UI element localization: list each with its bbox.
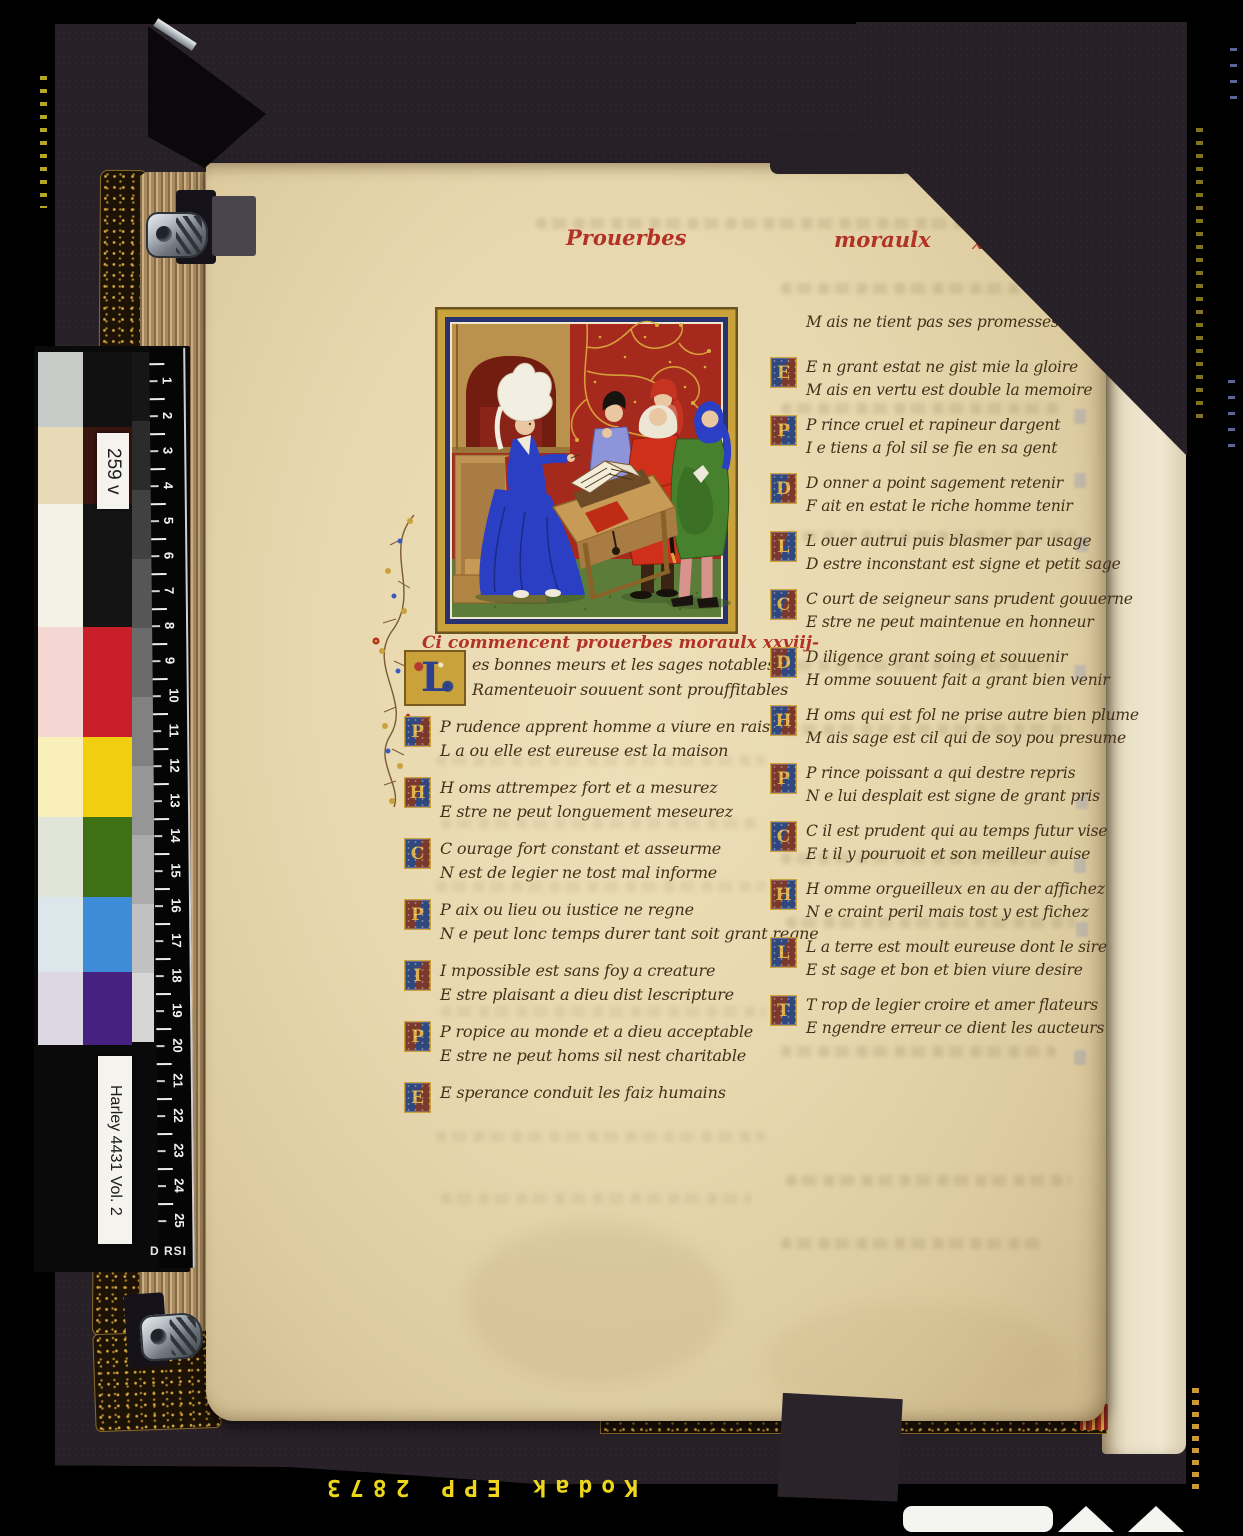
ruler-tick: 22: [157, 1099, 191, 1134]
verse-couplet: C C ourt de seigneur sans prudent gouuer…: [770, 588, 1106, 634]
verse-line: L ouer autrui puis blasmer par usage: [806, 530, 1106, 553]
verse-line: P rudence apprent homme a viure en raiso…: [440, 715, 799, 739]
ruler-number: 6: [161, 552, 176, 559]
champ-initial: H: [770, 879, 797, 910]
verse-line: H omme orgueilleux en au der affichez: [806, 878, 1106, 901]
metal-clip-bottom: [110, 1288, 227, 1370]
verse-line: P aix ou lieu ou iustice ne regne: [440, 898, 799, 922]
ruler-tick: 16: [155, 889, 189, 924]
ruler-number: 13: [168, 793, 183, 808]
ruler-tick: 8: [152, 609, 186, 644]
ruler-tick: 4: [150, 469, 184, 504]
ruler-tick: 15: [154, 854, 188, 889]
ruler-number: 16: [169, 898, 184, 913]
ruler-number: 4: [161, 482, 176, 489]
ruler-tick: 6: [151, 539, 185, 574]
ruler-tick: 10: [153, 679, 187, 714]
champ-initial: H: [770, 705, 797, 736]
color-patch-saturated: [83, 504, 132, 627]
color-patch-saturated: [83, 897, 132, 972]
color-patch-row: [38, 352, 132, 427]
color-patch-saturated: [83, 817, 132, 897]
grayscale-step: [132, 835, 154, 904]
color-patch-light: [38, 427, 83, 504]
verse-line: E t il y pouruoit et son meilleur auise: [806, 843, 1106, 866]
verse-line: P rince cruel et rapineur dargent: [806, 414, 1106, 437]
champ-initial: L: [770, 937, 797, 968]
felt-strap-bottom: [777, 1393, 902, 1507]
verse-line: M ais sage est cil qui de soy pou presum…: [806, 727, 1106, 750]
ruler-tick: 7: [152, 574, 186, 609]
verse-line: E ngendre erreur ce dient les aucteurs: [806, 1017, 1106, 1040]
champ-initial: H: [404, 777, 431, 808]
color-patch-light: [38, 627, 83, 737]
ruler-number: 2: [160, 412, 175, 419]
film-notch: [903, 1506, 1053, 1532]
color-patch-light: [38, 972, 83, 1045]
verse-line: T rop de legier croire et amer flateurs: [806, 994, 1106, 1017]
verse-couplet: H H oms qui est fol ne prise autre bien …: [770, 704, 1106, 750]
ruler-number: 8: [162, 622, 177, 629]
clip-metal-head: [146, 212, 208, 258]
ruler-number: 25: [172, 1213, 187, 1228]
page-header-title2: moraulx: [834, 227, 931, 252]
verse-line: C il est prudent qui au temps futur vise: [806, 820, 1106, 843]
ruler-number: 15: [168, 863, 183, 878]
photo-stage: Prouerbes moraulx xxviij-: [0, 0, 1243, 1536]
verse-couplet: T T rop de legier croire et amer flateur…: [770, 994, 1106, 1040]
ruler-number: 9: [163, 657, 178, 664]
ruler-tick: 9: [152, 644, 186, 679]
color-patch-saturated: [83, 627, 132, 737]
ruler-number: 11: [166, 724, 181, 738]
ruler-tick: 20: [156, 1029, 190, 1064]
ruler-number: 3: [160, 447, 175, 454]
clip-strap: [212, 196, 256, 256]
ruler-number: 20: [170, 1038, 185, 1053]
film-edge-markings: [1192, 1388, 1199, 1492]
verse-line: N e peut lonc temps durer tant soit gran…: [440, 922, 799, 946]
ruler-tick: 23: [157, 1134, 191, 1169]
verse-line: E st sage et bon et bien viure desire: [806, 959, 1106, 982]
ruler-number: 21: [171, 1073, 186, 1088]
color-patch-saturated: [83, 972, 132, 1045]
verse-line: E sperance conduit les faiz humains: [440, 1081, 799, 1105]
champ-initial: P: [404, 899, 431, 930]
verse-couplet: I I mpossible est sans foy a creature E …: [404, 959, 799, 1007]
manuscript-page: Prouerbes moraulx xxviij-: [206, 163, 1106, 1421]
ruler-tick: 5: [151, 504, 185, 539]
grayscale-step: [132, 766, 154, 835]
verse-line: L a ou elle est eureuse est la maison: [440, 739, 799, 763]
grayscale-step: [132, 904, 154, 973]
text-column-left: P P rudence apprent homme a viure en rai…: [404, 715, 799, 1118]
verse-line: E stre ne peut homs sil nest charitable: [440, 1044, 799, 1068]
champ-initial: C: [404, 838, 431, 869]
verse-couplet: P P rudence apprent homme a viure en rai…: [404, 715, 799, 763]
verse-line: M ais en vertu est double la memoire: [806, 379, 1106, 402]
ruler-tick: 24: [158, 1169, 192, 1204]
ruler-number: 14: [168, 828, 183, 843]
felt-drape-top: [770, 130, 910, 174]
color-patch-row: [38, 627, 132, 737]
ruler-tick: 2: [150, 399, 184, 434]
color-patch-light: [38, 897, 83, 972]
facing-page: [1102, 268, 1186, 1454]
color-patch-row: [38, 737, 132, 817]
champ-initial: E: [404, 1082, 431, 1113]
verse-line: C ourage fort constant et asseurme: [440, 837, 799, 861]
shelfmark-label: Harley 4431 Vol. 2: [98, 1056, 132, 1244]
verse-couplet: P P aix ou lieu ou iustice ne regne N e …: [404, 898, 799, 946]
champ-initial: P: [404, 716, 431, 747]
ruler-tick: 12: [153, 749, 187, 784]
color-patch-saturated: [83, 737, 132, 817]
film-brand-text: Kodak EPP 2873: [278, 1470, 678, 1504]
champ-initial: P: [770, 763, 797, 794]
grayscale-step: [132, 697, 154, 766]
rubric: Ci commencent prouerbes moraulx xxviij-: [422, 633, 822, 653]
grayscale-step: [132, 973, 154, 1042]
color-patch-light: [38, 737, 83, 817]
verse-line: D onner a point sagement retenir: [806, 472, 1106, 495]
ruler-tick: 3: [150, 434, 184, 469]
verse-couplet: L L ouer autrui puis blasmer par usage D…: [770, 530, 1106, 576]
ruler-number: 10: [166, 688, 181, 703]
color-patch-row: [38, 972, 132, 1045]
ruler-number: 5: [161, 517, 176, 524]
ruler-number: 7: [162, 587, 177, 594]
champ-initial: C: [770, 821, 797, 852]
verse-line: H oms attrempez fort et a mesurez: [440, 776, 799, 800]
champ-initial: I: [404, 960, 431, 991]
color-patch-light: [38, 352, 83, 427]
color-patch-row: [38, 897, 132, 972]
miniature-illustration: [435, 307, 738, 634]
ruler-number: 17: [169, 933, 184, 948]
ruler-tick: 11: [153, 714, 187, 749]
ruler-tick: 1: [149, 364, 183, 399]
verse-line: N est de legier ne tost mal informe: [440, 861, 799, 885]
film-edge-markings: [1228, 380, 1235, 450]
verse-line: H omme souuent fait a grant bien venir: [806, 669, 1106, 692]
verse-couplet: C C il est prudent qui au temps futur vi…: [770, 820, 1106, 866]
verse-couplet: L L a terre est moult eureuse dont le si…: [770, 936, 1106, 982]
verse-line: P ropice au monde et a dieu acceptable: [440, 1020, 799, 1044]
ruler-tick: 19: [156, 994, 190, 1029]
verse-couplet: P P rince poissant a qui destre repris N…: [770, 762, 1106, 808]
verse-couplet: H H omme orgueilleux en au der affichez …: [770, 878, 1106, 924]
grayscale-step: [132, 628, 154, 697]
verse-line: E stre plaisant a dieu dist lescripture: [440, 983, 799, 1007]
ruler-tick: 18: [156, 959, 190, 994]
verse-line: D estre inconstant est signe et petit sa…: [806, 553, 1106, 576]
ruler-number: 24: [172, 1178, 187, 1193]
verse-line: E stre ne peut longuement meseurez: [440, 800, 799, 824]
color-patch-saturated: [83, 352, 132, 427]
verse-couplet: P P rince cruel et rapineur dargent I e …: [770, 414, 1106, 460]
opening-verse: L es bonnes meurs et les sages notables …: [404, 652, 824, 702]
champ-initial: E: [770, 357, 797, 388]
folio-label: 259 v: [97, 433, 129, 509]
ruler-tick: 21: [157, 1064, 191, 1099]
ruler-number: 12: [167, 758, 182, 773]
film-edge-markings: [40, 76, 47, 208]
verse-line: I mpossible est sans foy a creature: [440, 959, 799, 983]
verse-line: E stre ne peut maintenue en honneur: [806, 611, 1106, 634]
ruler-number: 19: [170, 1003, 185, 1018]
clip-metal-head: [139, 1312, 204, 1362]
verse-line: I e tiens a fol sil se fie en sa gent: [806, 437, 1106, 460]
champ-initial: C: [770, 589, 797, 620]
ruler-tick: 17: [155, 924, 189, 959]
text-column-right: M ais ne tient pas ses promesses a mais …: [770, 311, 1106, 1052]
verse-line: D iligence grant soing et souuenir: [806, 646, 1106, 669]
ruler-number: 18: [169, 968, 184, 983]
verse-couplet: H H oms attrempez fort et a mesurez E st…: [404, 776, 799, 824]
verse-couplet: E E sperance conduit les faiz humains: [404, 1081, 799, 1105]
illuminated-initial: L: [404, 650, 466, 706]
champ-initial: L: [770, 531, 797, 562]
verse-couplet: E E n grant estat ne gist mie la gloire …: [770, 356, 1106, 402]
verse-line: E n grant estat ne gist mie la gloire: [806, 356, 1106, 379]
film-border-right: [1186, 0, 1243, 1536]
ruler-tick: 25: [158, 1204, 192, 1239]
verse-line: F ait en estat le riche homme tenir: [806, 495, 1106, 518]
champ-initial: D: [770, 647, 797, 678]
color-patch-row: [38, 817, 132, 897]
champ-initial: P: [404, 1021, 431, 1052]
ruler-number: 1: [160, 377, 175, 384]
verse-couplet: D D iligence grant soing et souuenir H o…: [770, 646, 1106, 692]
verse-couplet: D D onner a point sagement retenir F ait…: [770, 472, 1106, 518]
ruler-number: 22: [171, 1108, 186, 1123]
color-patch-light: [38, 504, 83, 627]
verse-line: H oms qui est fol ne prise autre bien pl…: [806, 704, 1106, 727]
verse-line: C ourt de seigneur sans prudent gouuerne: [806, 588, 1106, 611]
ruler-footer-label: D RSI: [150, 1244, 194, 1258]
verse-line: N e craint peril mais tost y est fichez: [806, 901, 1106, 924]
verse-line: N e lui desplait est signe de grant pris: [806, 785, 1106, 808]
color-patch-light: [38, 817, 83, 897]
ruler-tick: 13: [154, 784, 188, 819]
film-border-top: [0, 0, 1243, 24]
color-patch-row: [38, 504, 132, 627]
ruler-number: 23: [171, 1143, 186, 1158]
verse-couplet: C C ourage fort constant et asseurme N e…: [404, 837, 799, 885]
verse-couplet: P P ropice au monde et a dieu acceptable…: [404, 1020, 799, 1068]
verse-line: L a terre est moult eureuse dont le sire: [806, 936, 1106, 959]
verse-line: P rince poissant a qui destre repris: [806, 762, 1106, 785]
film-edge-markings: [1196, 128, 1203, 418]
champ-initial: D: [770, 473, 797, 504]
champ-initial: P: [770, 415, 797, 446]
ruler-tick: 14: [154, 819, 188, 854]
champ-initial: T: [770, 995, 797, 1026]
film-edge-markings: [1230, 48, 1237, 112]
metal-clip-top: [146, 190, 258, 264]
